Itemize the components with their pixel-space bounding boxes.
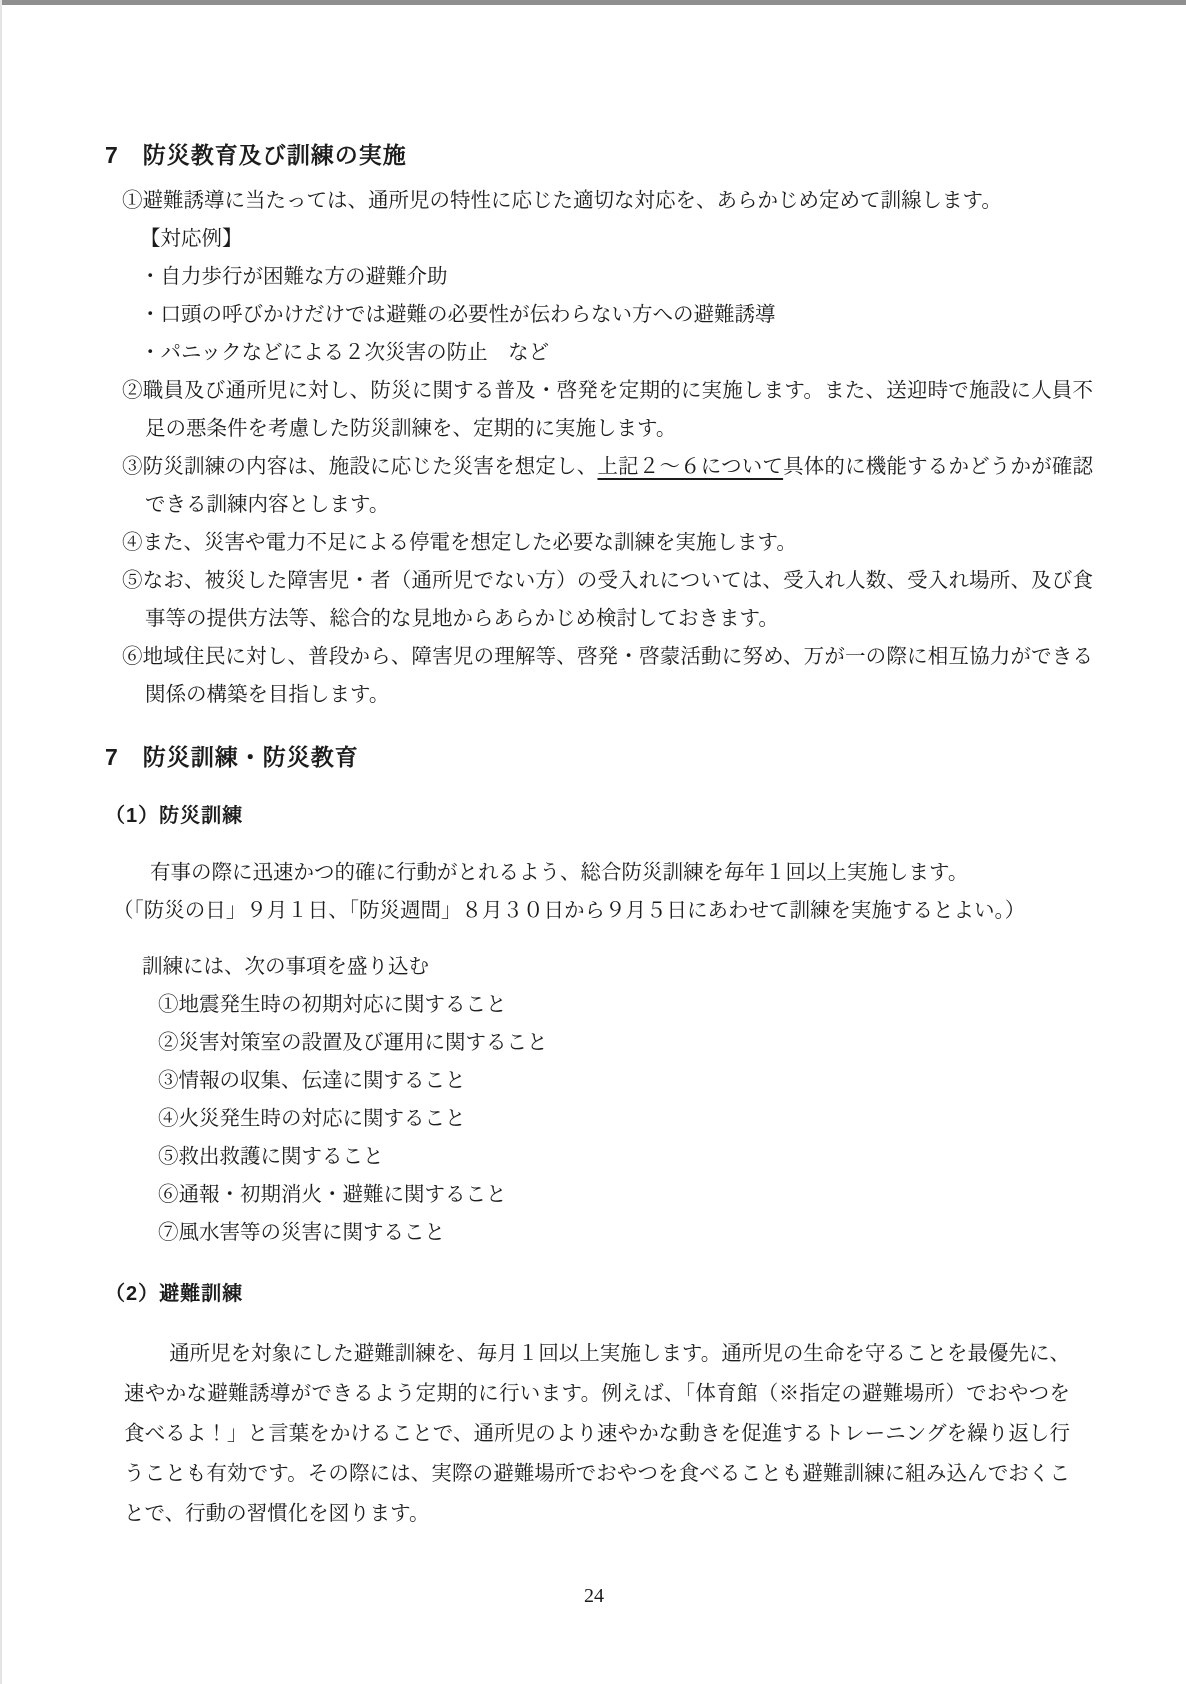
training-list-item-3: ③情報の収集、伝達に関すること [158,1062,1186,1100]
education-item-5: ⑤なお、被災した障害児・者（通所児でない方）の受入れについては、受入れ人数、受入… [122,562,1093,638]
section-training-heading: 7 防災訓練・防災教育 [105,744,1186,770]
training-list-intro: 訓練には、次の事項を盛り込む [142,948,1186,986]
item-3-underlined-reference: 上記２～６について [597,456,783,478]
example-bullet-3: ・パニックなどによる２次災害の防止 など [140,334,1186,372]
training-list-item-6: ⑥通報・初期消火・避難に関すること [158,1176,1186,1214]
example-label: 【対応例】 [140,220,1186,258]
document-page: 7 防災教育及び訓練の実施 ①避難誘導に当たっては、通所児の特性に応じた適切な対… [0,0,1186,1684]
example-bullet-2: ・口頭の呼びかけだけでは避難の必要性が伝わらない方への避難誘導 [140,296,1186,334]
section-education-heading: 7 防災教育及び訓練の実施 [105,142,1186,168]
education-item-2: ②職員及び通所児に対し、防災に関する普及・啓発を定期的に実施します。また、送迎時… [122,372,1093,448]
training-list-item-4: ④火災発生時の対応に関すること [158,1100,1186,1138]
item-3-text-pre: ③防災訓練の内容は、施設に応じた災害を想定し、 [122,456,597,478]
subsection-bousai-heading: （1）防災訓練 [105,804,1186,828]
bousai-paragraph-2: （「防災の日」９月１日、「防災週間」８月３０日から９月５日にあわせて訓練を実施す… [113,892,1186,930]
training-list-item-7: ⑦風水害等の災害に関すること [158,1214,1186,1252]
education-item-6: ⑥地域住民に対し、普段から、障害児の理解等、啓発・啓蒙活動に努め、万が一の際に相… [122,638,1093,714]
education-item-1: ①避難誘導に当たっては、通所児の特性に応じた適切な対応を、あらかじめ定めて訓線し… [122,182,1093,220]
subsection-hinan-heading: （2）避難訓練 [105,1282,1186,1306]
scan-edge-bar [2,0,1186,5]
hinan-paragraph: 通所児を対象にした避難訓練を、毎月１回以上実施します。通所児の生命を守ることを最… [124,1334,1070,1534]
page-number: 24 [2,1585,1186,1608]
example-bullet-1: ・自力歩行が困難な方の避難介助 [140,258,1186,296]
training-list-item-5: ⑤救出救護に関すること [158,1138,1186,1176]
education-item-3: ③防災訓練の内容は、施設に応じた災害を想定し、上記２～６について具体的に機能する… [122,448,1093,524]
education-item-4: ④また、災害や電力不足による停電を想定した必要な訓練を実施します。 [122,524,1093,562]
training-list-item-2: ②災害対策室の設置及び運用に関すること [158,1024,1186,1062]
bousai-paragraph-1: 有事の際に迅速かつ的確に行動がとれるよう、総合防災訓練を毎年１回以上実施します。 [150,854,1186,892]
training-list-item-1: ①地震発生時の初期対応に関すること [158,986,1186,1024]
